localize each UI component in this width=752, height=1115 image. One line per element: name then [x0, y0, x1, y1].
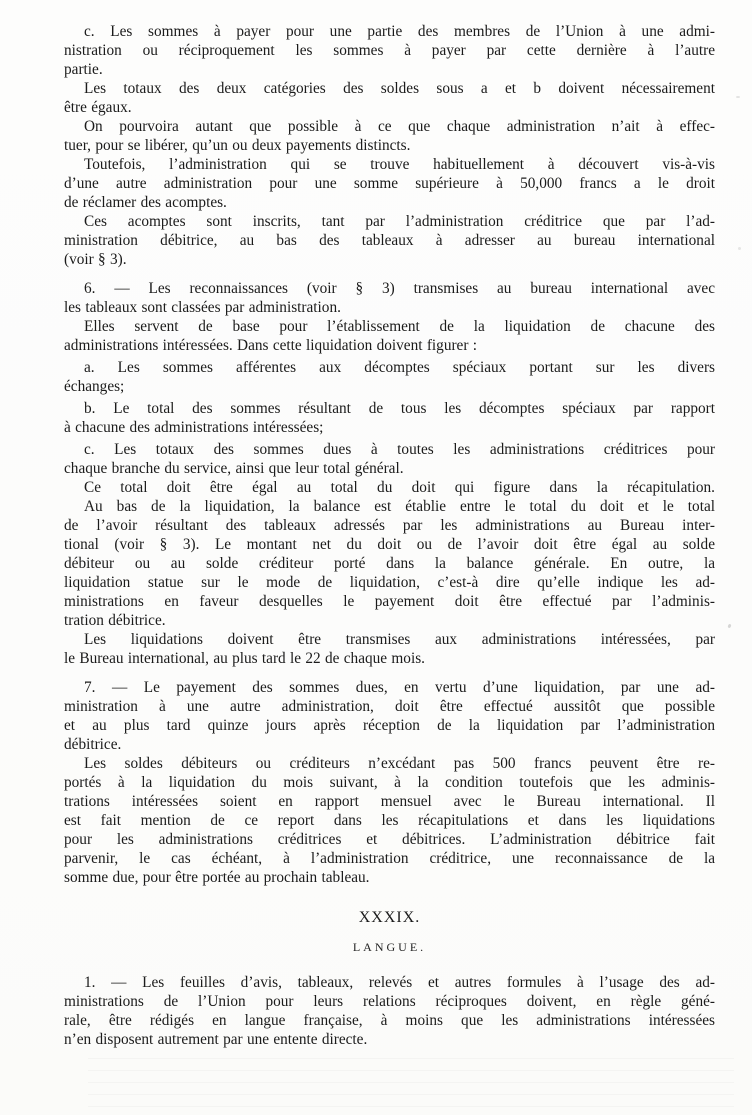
text-line: Au bas de la liquidation, la balance est…: [64, 497, 715, 516]
text-line: le Bureau international, au plus tard le…: [64, 649, 715, 668]
scanned-page: c. Les sommes à payer pour une partie de…: [64, 22, 715, 1049]
chapter-title-heading: LANGUE.: [64, 938, 715, 957]
text-line: b. Le total des sommes résultant de tous…: [64, 399, 715, 418]
text-line: échanges;: [64, 377, 715, 396]
item-b-paragraph: b. Le total des sommes résultant de tous…: [64, 399, 715, 437]
text-line: c. Les totaux des sommes dues à toutes l…: [64, 440, 715, 459]
text-line: Ce total doit être égal au total du doit…: [64, 478, 715, 497]
text-line: de réclamer des acomptes.: [64, 193, 715, 212]
text-line: 6. — Les reconnaissances (voir § 3) tran…: [64, 279, 715, 298]
text-line: 1. — Les feuilles d’avis, tableaux, rele…: [64, 973, 715, 992]
text-line: débitrice.: [64, 735, 715, 754]
text-line: tuer, pour se libérer, qu’un ou deux pay…: [64, 136, 715, 155]
paragraph: Elles servent de base pour l’établisseme…: [64, 317, 715, 355]
text-line: rale, être rédigés en langue française, …: [64, 1011, 715, 1030]
text-line: ministration débitrice, au bas des table…: [64, 231, 715, 250]
item-c-paragraph: c. Les sommes à payer pour une partie de…: [64, 22, 715, 79]
paragraph: Les soldes débiteurs ou créditeurs n’exc…: [64, 754, 715, 887]
text-line: On pourvoira autant que possible à ce qu…: [64, 117, 715, 136]
text-line: nistration ou réciproquement les sommes …: [64, 41, 715, 60]
text-line: tional (voir § 3). Le montant net du doi…: [64, 535, 715, 554]
text-line: portés à la liquidation du mois suivant,…: [64, 773, 715, 792]
text-line: les tableaux sont classées par administr…: [64, 298, 715, 317]
paragraph: Ce total doit être égal au total du doit…: [64, 478, 715, 497]
text-line: être égaux.: [64, 98, 715, 117]
text-line: d’une autre administration pour une somm…: [64, 174, 715, 193]
text-line: somme due, pour être portée au prochain …: [64, 868, 715, 887]
text-line: chaque branche du service, ainsi que leu…: [64, 459, 715, 478]
text-line: c. Les sommes à payer pour une partie de…: [64, 22, 715, 41]
text-line: ministrations en faveur desquelles le pa…: [64, 592, 715, 611]
text-line: ministration à une autre administration,…: [64, 697, 715, 716]
item-a-paragraph: a. Les sommes afférentes aux décomptes s…: [64, 358, 715, 396]
item-c2-paragraph: c. Les totaux des sommes dues à toutes l…: [64, 440, 715, 478]
text-line: a. Les sommes afférentes aux décomptes s…: [64, 358, 715, 377]
text-line: tration débitrice.: [64, 611, 715, 630]
paragraph: Les totaux des deux catégories des solde…: [64, 79, 715, 117]
text-line: 7. — Le payement des sommes dues, en ver…: [64, 678, 715, 697]
paragraph: On pourvoira autant que possible à ce qu…: [64, 117, 715, 155]
article-6-paragraph: 6. — Les reconnaissances (voir § 3) tran…: [64, 279, 715, 317]
article-7-paragraph: 7. — Le payement des sommes dues, en ver…: [64, 678, 715, 754]
chapter-number-heading: XXXIX.: [64, 908, 715, 927]
article-1-paragraph: 1. — Les feuilles d’avis, tableaux, rele…: [64, 973, 715, 1049]
text-line: Toutefois, l’administration qui se trouv…: [64, 155, 715, 174]
text-line: administrations intéressées. Dans cette …: [64, 336, 715, 355]
scan-streak-lines: [88, 1058, 734, 1108]
text-line: n’en disposent autrement par une entente…: [64, 1030, 715, 1049]
text-line: liquidation statue sur le mode de liquid…: [64, 573, 715, 592]
text-line: et au plus tard quinze jours après récep…: [64, 716, 715, 735]
text-line: ministrations de l’Union pour leurs rela…: [64, 992, 715, 1011]
scan-speck: [738, 247, 741, 250]
paragraph: Ces acomptes sont inscrits, tant par l’a…: [64, 212, 715, 269]
text-line: Elles servent de base pour l’établisseme…: [64, 317, 715, 336]
text-line: est fait mention de ce report dans les r…: [64, 811, 715, 830]
text-line: Les totaux des deux catégories des solde…: [64, 79, 715, 98]
text-line: Les liquidations doivent être transmises…: [64, 630, 715, 649]
text-line: à chacune des administrations intéressée…: [64, 418, 715, 437]
text-line: débiteur ou au solde créditeur porté dan…: [64, 554, 715, 573]
paragraph: Toutefois, l’administration qui se trouv…: [64, 155, 715, 212]
paragraph: Les liquidations doivent être transmises…: [64, 630, 715, 668]
text-line: pour les administrations créditrices et …: [64, 830, 715, 849]
text-line: de l’avoir résultant des tableaux adress…: [64, 516, 715, 535]
text-line: parvenir, le cas échéant, à l’administra…: [64, 849, 715, 868]
text-line: Ces acomptes sont inscrits, tant par l’a…: [64, 212, 715, 231]
text-line: partie.: [64, 60, 715, 79]
text-line: Les soldes débiteurs ou créditeurs n’exc…: [64, 754, 715, 773]
text-line: trations intéressées soient en rapport m…: [64, 792, 715, 811]
paragraph: Au bas de la liquidation, la balance est…: [64, 497, 715, 630]
text-line: (voir § 3).: [64, 250, 715, 269]
scan-speck: [736, 96, 740, 98]
